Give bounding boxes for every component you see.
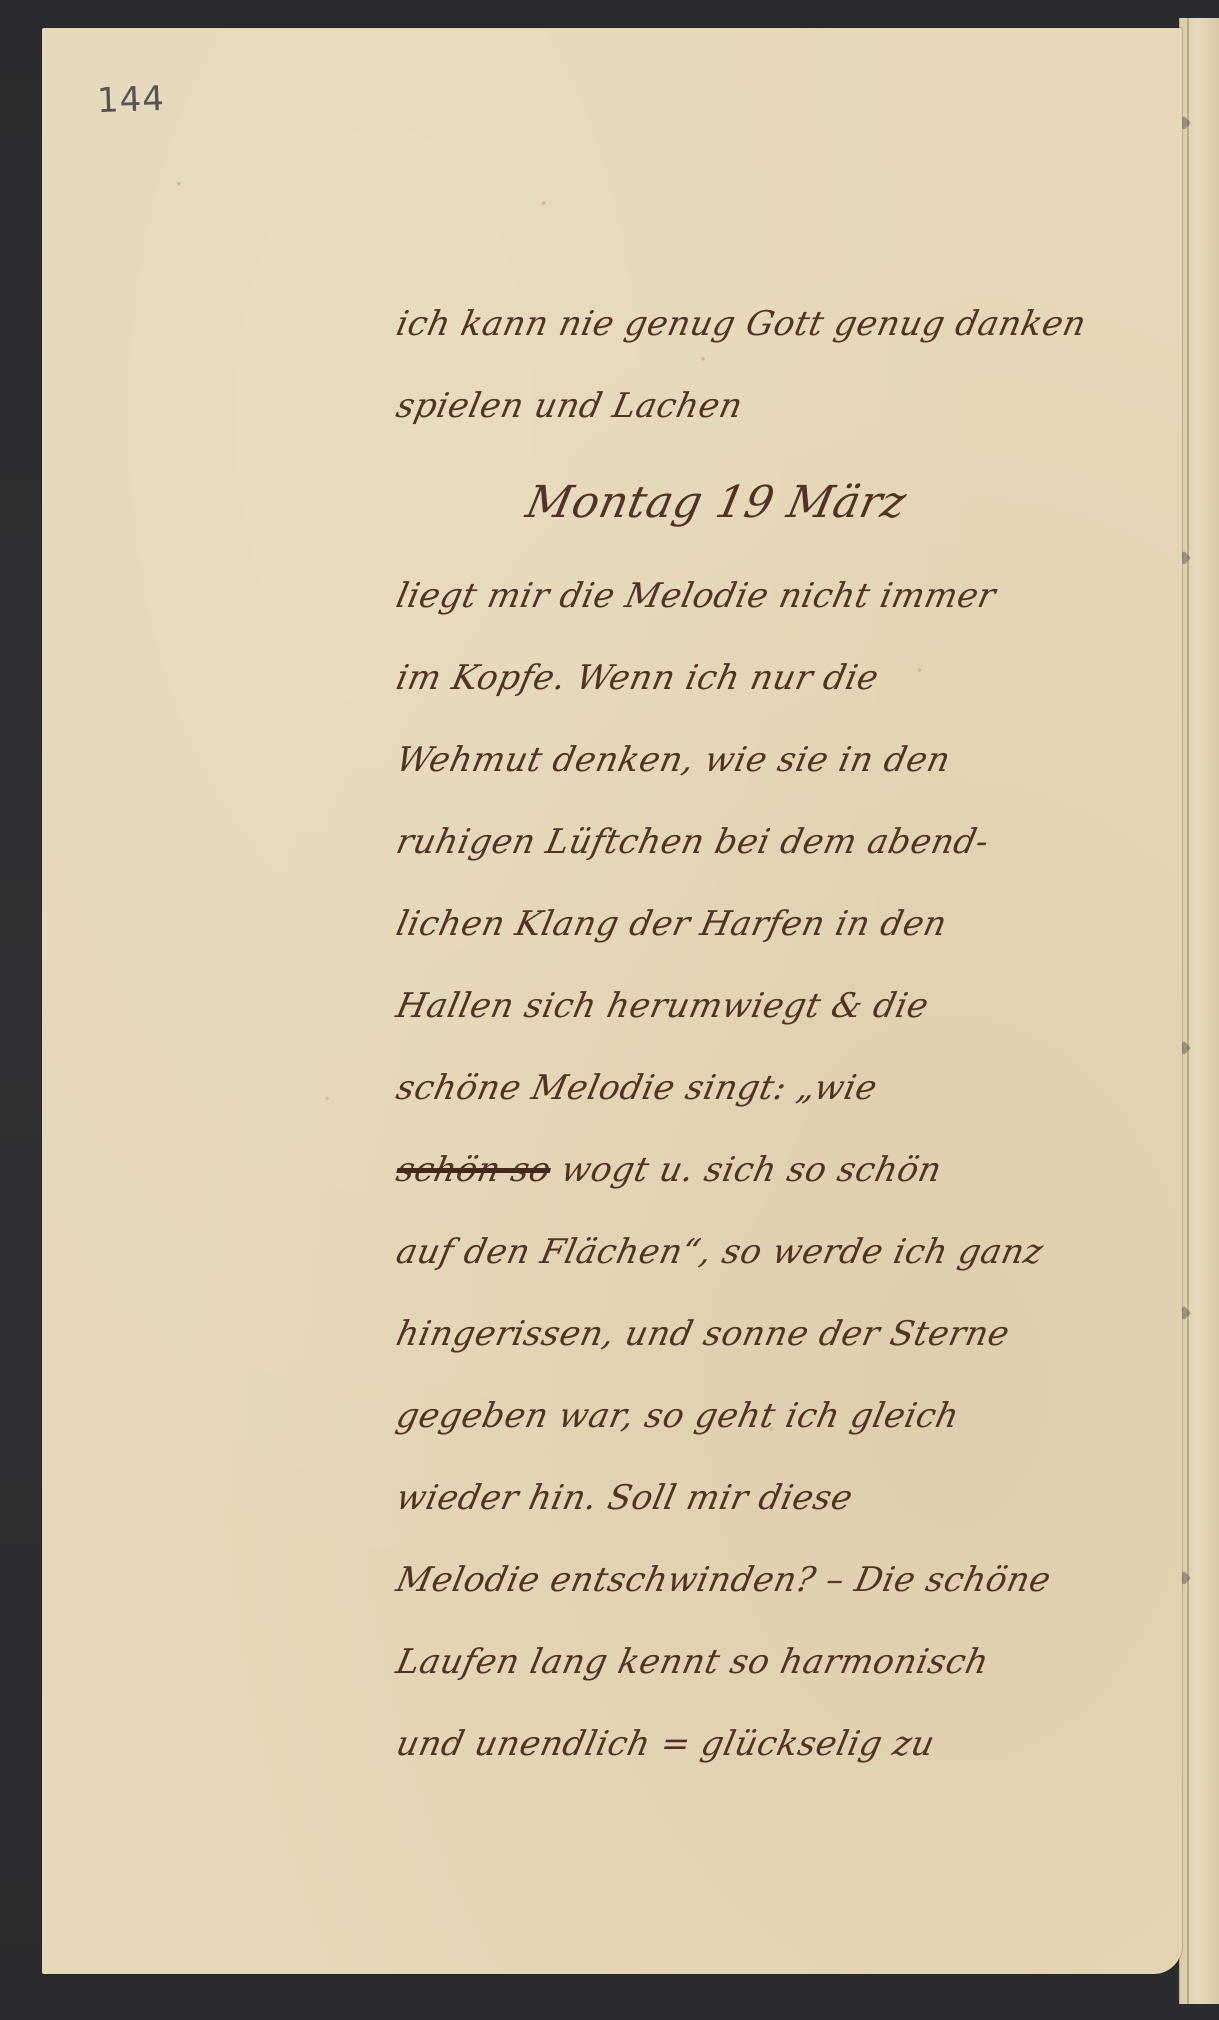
text-line: spielen und Lachen — [388, 365, 1185, 447]
date-heading: Montag 19 März — [388, 459, 1187, 547]
text-line: lichen Klang der Harfen in den — [388, 883, 1185, 965]
text-line: Melodie entschwinden? – Die schöne — [388, 1539, 1185, 1621]
text-line: hingerissen, und sonne der Sterne — [388, 1293, 1185, 1375]
handwritten-text: ich kann nie genug Gott genug danken spi… — [397, 283, 1177, 1785]
text-line: ich kann nie genug Gott genug danken — [388, 283, 1185, 365]
text-line: schöne Melodie singt: „wie — [388, 1047, 1185, 1129]
text-line: auf den Flächen“, so werde ich ganz — [388, 1211, 1185, 1293]
manuscript-page: 144 ich kann nie genug Gott genug danken… — [42, 28, 1182, 1974]
text-line: Hallen sich herumwiegt & die — [388, 965, 1185, 1047]
text-line: gegeben war, so geht ich gleich — [388, 1375, 1185, 1457]
text-line-with-strikeout: schön so wogt u. sich so schön — [388, 1129, 1185, 1211]
text-line: Wehmut denken, wie sie in den — [388, 719, 1185, 801]
text-line: liegt mir die Melodie nicht immer — [388, 555, 1185, 637]
page-number: 144 — [96, 79, 165, 121]
text-line: und unendlich = glückselig zu — [388, 1703, 1185, 1785]
text-line-remainder: wogt u. sich so schön — [558, 1150, 946, 1190]
struck-text: schön so — [393, 1150, 555, 1190]
text-line: Laufen lang kennt so harmonisch — [388, 1621, 1185, 1703]
text-line: im Kopfe. Wenn ich nur die — [388, 637, 1185, 719]
text-line: wieder hin. Soll mir diese — [388, 1457, 1185, 1539]
text-line: ruhigen Lüftchen bei dem abend- — [388, 801, 1185, 883]
